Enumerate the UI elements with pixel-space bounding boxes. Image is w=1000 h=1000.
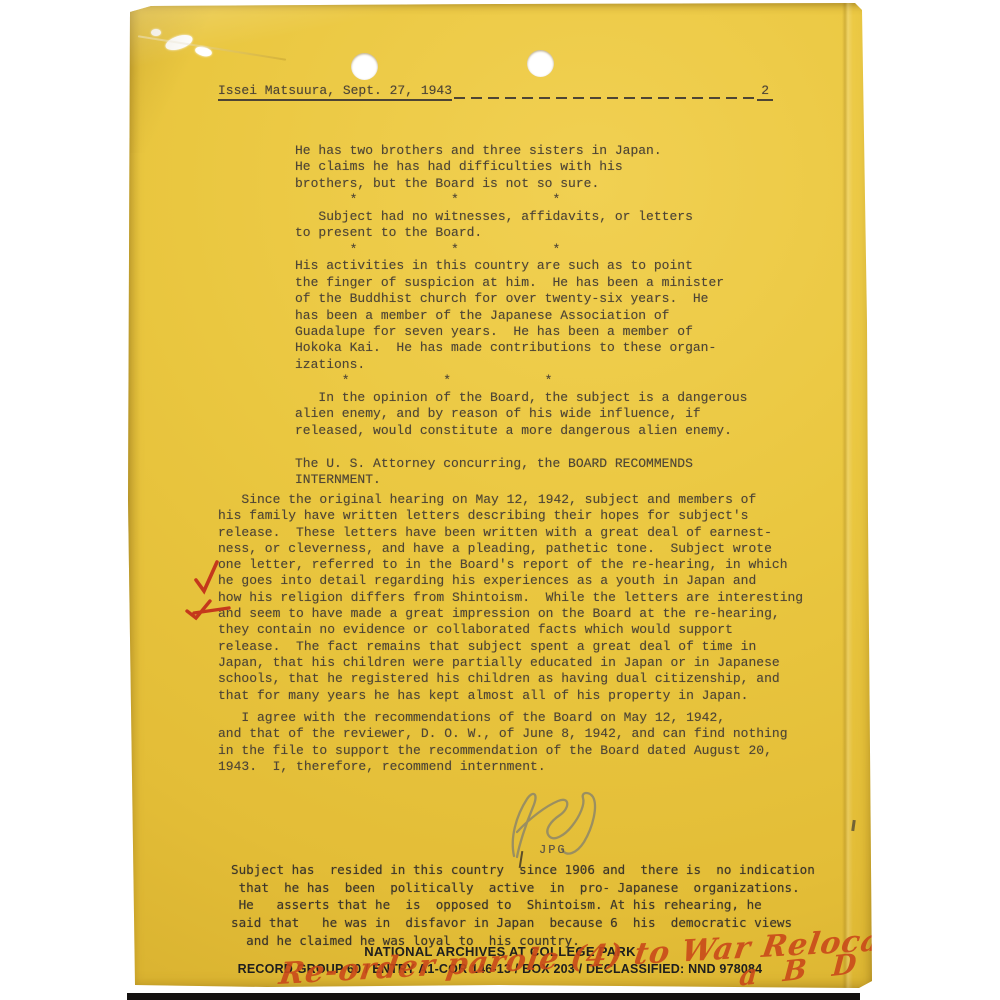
punch-hole-left [351,53,378,80]
document-paper: Issei Matsuura, Sept. 27, 1943 2 He has … [127,3,873,989]
signature-initials: JPG [539,843,567,857]
header-subject-name: Issei Matsuura, Sept. 27, 1943 [218,83,452,101]
review-paragraph-text: Since the original hearing on May 12, 19… [218,492,803,704]
red-checkmark-icon [194,559,220,595]
page-number: 2 [757,83,773,101]
edge-mark [851,820,856,831]
board-findings-text: He has two brothers and three sisters in… [295,143,747,489]
paper-tear-spot [151,29,161,36]
page-header: Issei Matsuura, Sept. 27, 1943 2 [218,83,773,101]
punch-hole-right [527,50,554,77]
next-scan-edge [127,993,860,1000]
scan-background: Issei Matsuura, Sept. 27, 1943 2 He has … [0,0,1000,1000]
agreement-paragraph-text: I agree with the recommendations of the … [218,710,788,776]
paper-crease [138,35,286,60]
header-dashed-rule [454,97,757,99]
red-checkmark-icon [185,597,231,623]
